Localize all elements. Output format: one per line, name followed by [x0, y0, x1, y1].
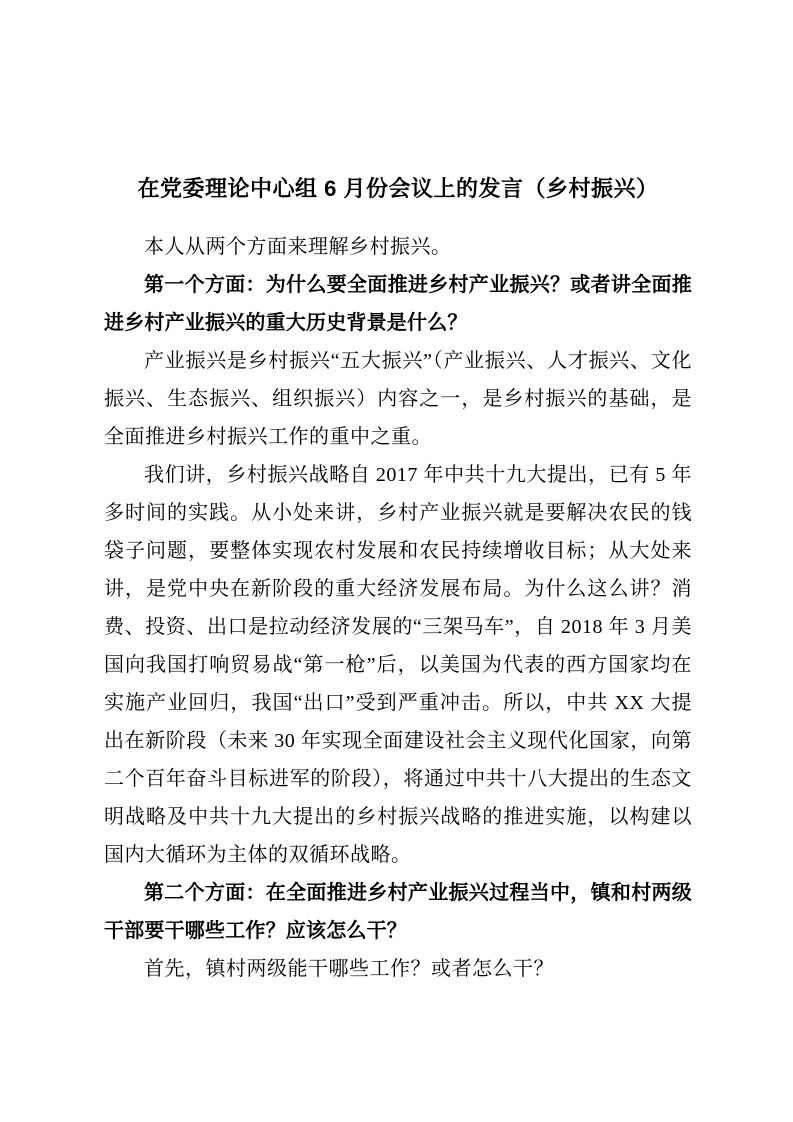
document-title: 在党委理论中心组 6 月份会议上的发言（乡村振兴）	[104, 170, 692, 208]
section-2-heading: 第二个方面：在全面推进乡村产业振兴过程当中，镇和村两级干部要干哪些工作？应该怎么…	[104, 874, 692, 950]
document-page: 在党委理论中心组 6 月份会议上的发言（乡村振兴） 本人从两个方面来理解乡村振兴…	[0, 0, 793, 1122]
section-1-paragraph-2: 我们讲，乡村振兴战略自 2017 年中共十九大提出，已有 5 年多时间的实践。从…	[104, 456, 692, 874]
section-1-paragraph-1: 产业振兴是乡村振兴“五大振兴”（产业振兴、人才振兴、文化振兴、生态振兴、组织振兴…	[104, 342, 692, 456]
intro-paragraph: 本人从两个方面来理解乡村振兴。	[104, 228, 692, 266]
section-2-paragraph-1: 首先，镇村两级能干哪些工作？或者怎么干？	[104, 950, 692, 988]
section-1-heading: 第一个方面：为什么要全面推进乡村产业振兴？或者讲全面推进乡村产业振兴的重大历史背…	[104, 266, 692, 342]
